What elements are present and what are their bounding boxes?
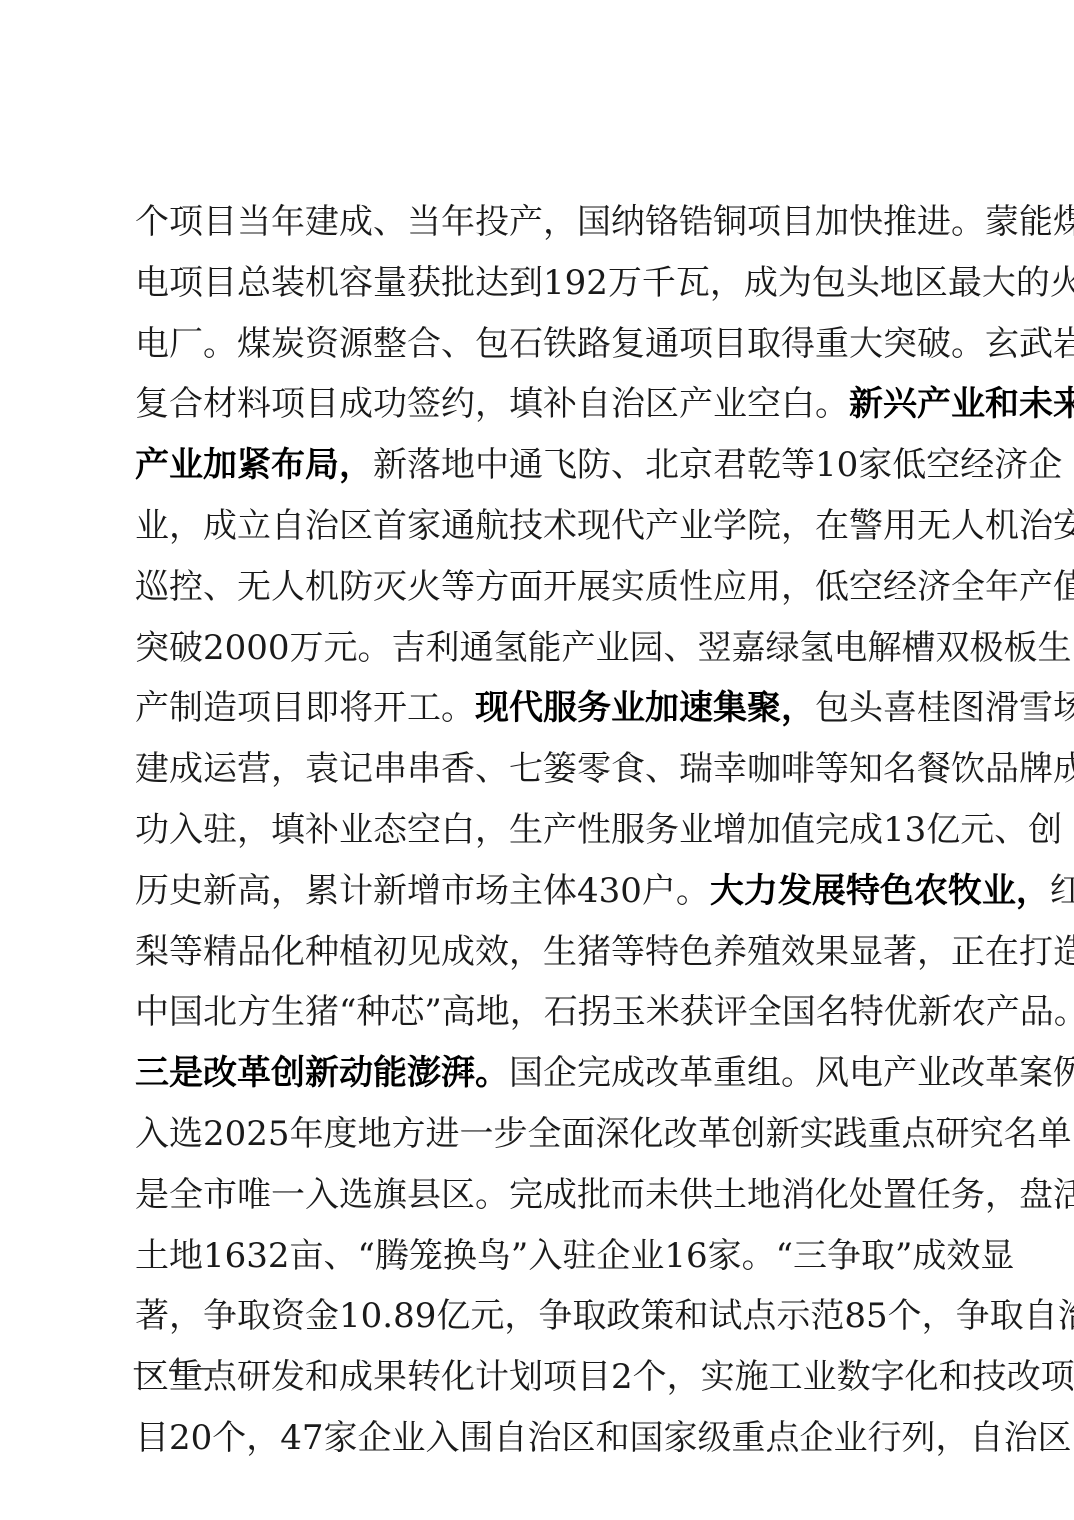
text: 七 — [509, 745, 543, 793]
text: 土 — [713, 1171, 747, 1219]
text: 入 — [305, 1171, 339, 1219]
text: 槽 — [902, 624, 936, 672]
text: 能 — [528, 624, 562, 672]
text: 选 — [169, 1110, 203, 1158]
text: ， — [667, 1353, 701, 1401]
text: 地 — [169, 1232, 203, 1280]
document-page: 个项目当年建成、当年投产，国纳铬锆铜项目加快推进。蒙能煤电项目总装机容量获批达到… — [0, 0, 1074, 1520]
text: 驻 — [562, 1232, 596, 1280]
text: 牌 — [1019, 745, 1053, 793]
text: 区 — [441, 1171, 475, 1219]
text: 2000 — [203, 624, 290, 672]
text: 电 — [135, 320, 169, 368]
text: 嘉 — [732, 624, 766, 672]
text: 发 — [271, 1353, 305, 1401]
text: 利 — [426, 624, 460, 672]
text: 计 — [339, 867, 373, 915]
text: 192 — [543, 259, 608, 307]
text: 成 — [744, 259, 778, 307]
text: 和 — [305, 1353, 339, 1401]
text: 市 — [203, 1171, 237, 1219]
text: 计 — [475, 1353, 509, 1401]
text: 值 — [781, 806, 815, 854]
text: 重 — [713, 1049, 747, 1097]
text: 化 — [441, 1353, 475, 1401]
text: 瓦 — [676, 259, 710, 307]
text: 等 — [441, 563, 475, 611]
text: ， — [781, 563, 815, 611]
text: 治 — [305, 502, 339, 550]
text: 机 — [305, 259, 339, 307]
bold-text: 集 — [713, 684, 747, 732]
text: 点 — [902, 1110, 936, 1158]
text: 自 — [970, 1414, 1004, 1462]
text: 铬 — [645, 198, 679, 246]
text: 取 — [747, 320, 781, 368]
text: 一 — [271, 1171, 305, 1219]
text: 、 — [475, 745, 509, 793]
text: 范 — [810, 1292, 844, 1340]
text: 亿 — [926, 806, 960, 854]
text: 高 — [237, 867, 271, 915]
text: 造 — [203, 684, 237, 732]
text: 级 — [698, 1414, 732, 1462]
text: 材 — [203, 380, 237, 428]
text: 源 — [339, 320, 373, 368]
text: 2 — [611, 1353, 633, 1401]
bold-text: 新 — [305, 1049, 339, 1097]
text: 个 — [633, 1353, 667, 1401]
text: 置 — [883, 1171, 917, 1219]
text: 成 — [849, 806, 883, 854]
text-line: 三是改革创新动能澎湃。国企完成改革重组。风电产业改革案例 — [135, 1049, 943, 1110]
text: 特 — [645, 928, 679, 976]
text: 国 — [630, 1414, 664, 1462]
text: 2025 — [203, 1110, 290, 1158]
text: 建 — [135, 745, 169, 793]
text: 企 — [1028, 441, 1062, 489]
text: 机 — [985, 502, 1019, 550]
text: 啡 — [781, 745, 815, 793]
text: 企 — [358, 1414, 392, 1462]
text: 投 — [475, 198, 509, 246]
text: 初 — [373, 928, 407, 976]
text: 产 — [562, 624, 596, 672]
text: 点 — [766, 1414, 800, 1462]
text: 解 — [868, 624, 902, 672]
text: 加 — [747, 806, 781, 854]
text: 梨 — [135, 928, 169, 976]
text: 市 — [441, 867, 475, 915]
bold-text: 业 — [951, 380, 985, 428]
text: 显 — [980, 1232, 1014, 1280]
text: 食 — [611, 745, 645, 793]
text: 、 — [324, 1232, 358, 1280]
text: 制 — [169, 684, 203, 732]
bold-text: 改 — [203, 1049, 237, 1097]
text: 瑞 — [679, 745, 713, 793]
text: 业 — [917, 1049, 951, 1097]
text: 当 — [237, 198, 271, 246]
text: 破 — [169, 624, 203, 672]
text: 等 — [815, 745, 849, 793]
text: ， — [504, 1292, 538, 1340]
text: 推 — [883, 198, 917, 246]
text: 机 — [305, 563, 339, 611]
text: 1632 — [203, 1232, 290, 1280]
text: ， — [781, 502, 815, 550]
text: 年 — [985, 563, 1019, 611]
text-line: 突破2000万元。吉利通氢能产业园、翌嘉绿氢电解槽双极板生 — [135, 624, 943, 685]
bold-text: 特 — [846, 867, 880, 915]
bold-text: 业 — [982, 867, 1016, 915]
text-line: 巡控、无人机防灭火等方面开展实质性应用，低空经济全年产值 — [135, 563, 943, 624]
text: ， — [475, 380, 509, 428]
text: 态 — [373, 806, 407, 854]
text: 争 — [956, 1292, 990, 1340]
text: 研 — [237, 1353, 271, 1401]
bold-text: 是 — [169, 1049, 203, 1097]
text: 产 — [679, 380, 713, 428]
text: 完 — [577, 1049, 611, 1097]
text: 国 — [577, 198, 611, 246]
text: 串 — [407, 745, 441, 793]
text: 。 — [1054, 988, 1074, 1036]
text: 低 — [815, 563, 849, 611]
text: 拐 — [578, 988, 612, 1036]
text: 点 — [742, 1292, 776, 1340]
text: 工 — [769, 1353, 803, 1401]
text: 容 — [339, 259, 373, 307]
text: 活 — [1053, 1171, 1074, 1219]
text: 优 — [884, 988, 918, 1036]
text: 防 — [577, 441, 611, 489]
text: 430 — [577, 867, 642, 915]
text: 功 — [135, 806, 169, 854]
text: 氢 — [800, 624, 834, 672]
text: 通 — [441, 502, 475, 550]
bold-text: 和 — [985, 380, 1019, 428]
text: “ — [358, 1232, 375, 1280]
text: 术 — [543, 502, 577, 550]
text-line: 产制造项目即将开工。现代服务业加速集聚，包头喜桂图滑雪场 — [135, 684, 943, 745]
text: 。 — [203, 320, 237, 368]
text: 品 — [985, 745, 1019, 793]
bold-text: 。 — [475, 1049, 509, 1097]
text: 串 — [373, 745, 407, 793]
text: 果 — [373, 1353, 407, 1401]
text: 产 — [135, 684, 169, 732]
text: 填 — [271, 806, 305, 854]
text: 头 — [846, 259, 880, 307]
text: 电 — [834, 624, 868, 672]
text: 补 — [305, 806, 339, 854]
text: ， — [985, 1171, 1019, 1219]
text: 防 — [339, 563, 373, 611]
text-line: 土地1632亩、“腾笼换鸟”入驻企业16家。“三争取”成效显 — [135, 1232, 943, 1293]
text: 约 — [441, 380, 475, 428]
text: 经 — [960, 441, 994, 489]
text: 京 — [679, 441, 713, 489]
text: 电 — [849, 1049, 883, 1097]
text: 目 — [203, 259, 237, 307]
text: 万 — [608, 259, 642, 307]
text: 运 — [203, 745, 237, 793]
bold-text: 来 — [1053, 380, 1074, 428]
text: 幸 — [713, 745, 747, 793]
text: 目 — [713, 320, 747, 368]
text: 评 — [714, 988, 748, 1036]
text: 业 — [679, 502, 713, 550]
text: 研 — [936, 1110, 970, 1158]
text: 项 — [543, 1353, 577, 1401]
text: 名 — [1004, 1110, 1038, 1158]
text: 的 — [1016, 259, 1050, 307]
text: 学 — [713, 502, 747, 550]
text: 项 — [679, 320, 713, 368]
text: 最 — [948, 259, 982, 307]
text: 重 — [868, 1110, 902, 1158]
text: 业 — [596, 624, 630, 672]
text: 生 — [271, 988, 305, 1036]
text: 增 — [713, 806, 747, 854]
bold-text: 局 — [305, 441, 339, 489]
text: 北 — [645, 441, 679, 489]
text: 产 — [986, 988, 1020, 1036]
text-line: 梨等精品化种植初见成效，生猪等特色养殖效果显著，正在打造 — [135, 928, 943, 989]
text: 人 — [951, 502, 985, 550]
text: 完 — [815, 806, 849, 854]
text: 产 — [883, 1049, 917, 1097]
text: 生 — [509, 806, 543, 854]
text: 自 — [577, 380, 611, 428]
text: 金 — [305, 1292, 339, 1340]
text: 国 — [782, 988, 816, 1036]
text: 元 — [960, 806, 994, 854]
text: 、 — [203, 563, 237, 611]
text: 破 — [917, 320, 951, 368]
text: 消 — [781, 1171, 815, 1219]
text: 业 — [630, 1232, 664, 1280]
text: 国 — [169, 988, 203, 1036]
bold-text: ， — [339, 441, 373, 489]
text: 园 — [630, 624, 664, 672]
text: 治 — [1019, 502, 1053, 550]
text: 安 — [1053, 502, 1074, 550]
text: 目 — [271, 684, 305, 732]
text: 全 — [169, 1171, 203, 1219]
text: 划 — [509, 1353, 543, 1401]
text: 名 — [816, 988, 850, 1036]
text: 达 — [475, 259, 509, 307]
text: 名 — [883, 745, 917, 793]
text: 深 — [596, 1110, 630, 1158]
bold-text: 展 — [812, 867, 846, 915]
text: 开 — [373, 684, 407, 732]
text: 产 — [645, 502, 679, 550]
text-line: 电项目总装机容量获批达到192万千瓦，成为包头地区最大的火 — [135, 259, 943, 320]
text: 目 — [781, 198, 815, 246]
text: 灭 — [373, 563, 407, 611]
text-line: 业，成立自治区首家通航技术现代产业学院，在警用无人机治安 — [135, 502, 943, 563]
text: 能 — [1019, 198, 1053, 246]
text: 全 — [748, 988, 782, 1036]
page-number: — 4 — — [134, 1352, 217, 1382]
text: 入 — [528, 1232, 562, 1280]
text: 唯 — [237, 1171, 271, 1219]
text: 治 — [1004, 1414, 1038, 1462]
text: 石 — [509, 320, 543, 368]
text: 进 — [917, 198, 951, 246]
bold-text: 澎 — [407, 1049, 441, 1097]
text: 方 — [392, 1110, 426, 1158]
bold-text: 能 — [373, 1049, 407, 1097]
text: 入 — [426, 1414, 460, 1462]
text: 土 — [135, 1232, 169, 1280]
text: 年 — [271, 198, 305, 246]
text: 品 — [1020, 988, 1054, 1036]
text: 务 — [645, 806, 679, 854]
text: 创 — [1028, 806, 1062, 854]
text: 批 — [441, 259, 475, 307]
text: 济 — [994, 441, 1028, 489]
text-line: 是全市唯一入选旗县区。完成批而未供土地消化处置任务，盘活 — [135, 1171, 943, 1232]
text: 玉 — [612, 988, 646, 1036]
text: 家 — [708, 1232, 742, 1280]
text: ” — [511, 1232, 528, 1280]
text: 突 — [135, 624, 169, 672]
text: 落 — [407, 441, 441, 489]
text: 化 — [815, 1171, 849, 1219]
text: 铁 — [543, 320, 577, 368]
text: 。 — [815, 380, 849, 428]
text: 实 — [701, 1353, 735, 1401]
text: 等 — [611, 928, 645, 976]
text-line: 功入驻，填补业态空白，生产性服务业增加值完成13亿元、创 — [135, 806, 943, 867]
text: 亿 — [436, 1292, 470, 1340]
text: 成 — [203, 502, 237, 550]
text: 种 — [356, 988, 390, 1036]
text: 业 — [803, 1353, 837, 1401]
text: 营 — [237, 745, 271, 793]
text: 低 — [892, 441, 926, 489]
text: 色 — [679, 928, 713, 976]
text: 目 — [577, 1353, 611, 1401]
text: 盘 — [1019, 1171, 1053, 1219]
text: 通 — [460, 624, 494, 672]
text: 践 — [834, 1110, 868, 1158]
text: 地 — [476, 988, 510, 1036]
text: 、 — [441, 320, 475, 368]
text: 面 — [509, 563, 543, 611]
text: 产 — [1019, 563, 1053, 611]
text: 农 — [952, 988, 986, 1036]
text: 新 — [766, 1110, 800, 1158]
text: 新 — [373, 867, 407, 915]
text: ， — [271, 745, 305, 793]
text: 争 — [538, 1292, 572, 1340]
text: 新 — [918, 988, 952, 1036]
text: 项 — [169, 259, 203, 307]
text: 业 — [392, 1414, 426, 1462]
text: 组 — [747, 1049, 781, 1097]
text: 政 — [606, 1292, 640, 1340]
text: 量 — [373, 259, 407, 307]
bold-text: 服 — [543, 684, 577, 732]
text: 资 — [305, 320, 339, 368]
text: 警 — [849, 502, 883, 550]
text: 当 — [407, 198, 441, 246]
bold-text: 农 — [914, 867, 948, 915]
bold-text: 布 — [271, 441, 305, 489]
text: 图 — [951, 684, 985, 732]
text: 著 — [135, 1292, 169, 1340]
text-line: 产业加紧布局，新落地中通飞防、北京君乾等10家低空经济企 — [135, 441, 943, 502]
text: 10.89 — [339, 1292, 436, 1340]
text: 项 — [169, 198, 203, 246]
text: 绿 — [766, 624, 800, 672]
text: 复 — [135, 380, 169, 428]
text: 、 — [373, 198, 407, 246]
text: 种 — [305, 928, 339, 976]
text: ， — [271, 867, 305, 915]
text: 包 — [815, 684, 849, 732]
text: 空 — [849, 563, 883, 611]
text: 地 — [441, 441, 475, 489]
text: 效 — [946, 1232, 980, 1280]
text: 项 — [747, 198, 781, 246]
text: 示 — [776, 1292, 810, 1340]
bold-text: 现 — [475, 684, 509, 732]
text-line: 区重点研发和成果转化计划项目2个，实施工业数字化和技改项 — [135, 1353, 943, 1414]
text: 复 — [611, 320, 645, 368]
text: 火 — [407, 563, 441, 611]
text: 取 — [861, 1232, 895, 1280]
text-line: 建成运营，袁记串串香、七篓零食、瑞幸咖啡等知名餐饮品牌成 — [135, 745, 943, 806]
bold-text: 兴 — [883, 380, 917, 428]
text: 改 — [951, 1049, 985, 1097]
text: 见 — [407, 928, 441, 976]
text: 重 — [732, 1414, 766, 1462]
text: 个 — [888, 1292, 922, 1340]
text: 篓 — [543, 745, 577, 793]
text: 岩 — [1053, 320, 1074, 368]
text: 亩 — [290, 1232, 324, 1280]
text: 例 — [1053, 1049, 1074, 1097]
text: 头 — [849, 684, 883, 732]
text: ， — [246, 1414, 280, 1462]
text: 咖 — [747, 745, 781, 793]
text: ， — [922, 1292, 956, 1340]
text: 家 — [407, 502, 441, 550]
text: 元 — [324, 624, 358, 672]
text: 质 — [645, 563, 679, 611]
bold-text: 代 — [509, 684, 543, 732]
text: 炭 — [271, 320, 305, 368]
text: 中 — [475, 441, 509, 489]
text: 改 — [1007, 1353, 1041, 1401]
text: “ — [776, 1232, 793, 1280]
text: 施 — [735, 1353, 769, 1401]
text: 经 — [883, 563, 917, 611]
text: 企 — [543, 1049, 577, 1097]
text: 和 — [939, 1353, 973, 1401]
bold-text: 三 — [135, 1049, 169, 1097]
text: 突 — [883, 320, 917, 368]
text: 改 — [664, 1110, 698, 1158]
text: 字 — [871, 1353, 905, 1401]
text: 场 — [1053, 684, 1074, 732]
